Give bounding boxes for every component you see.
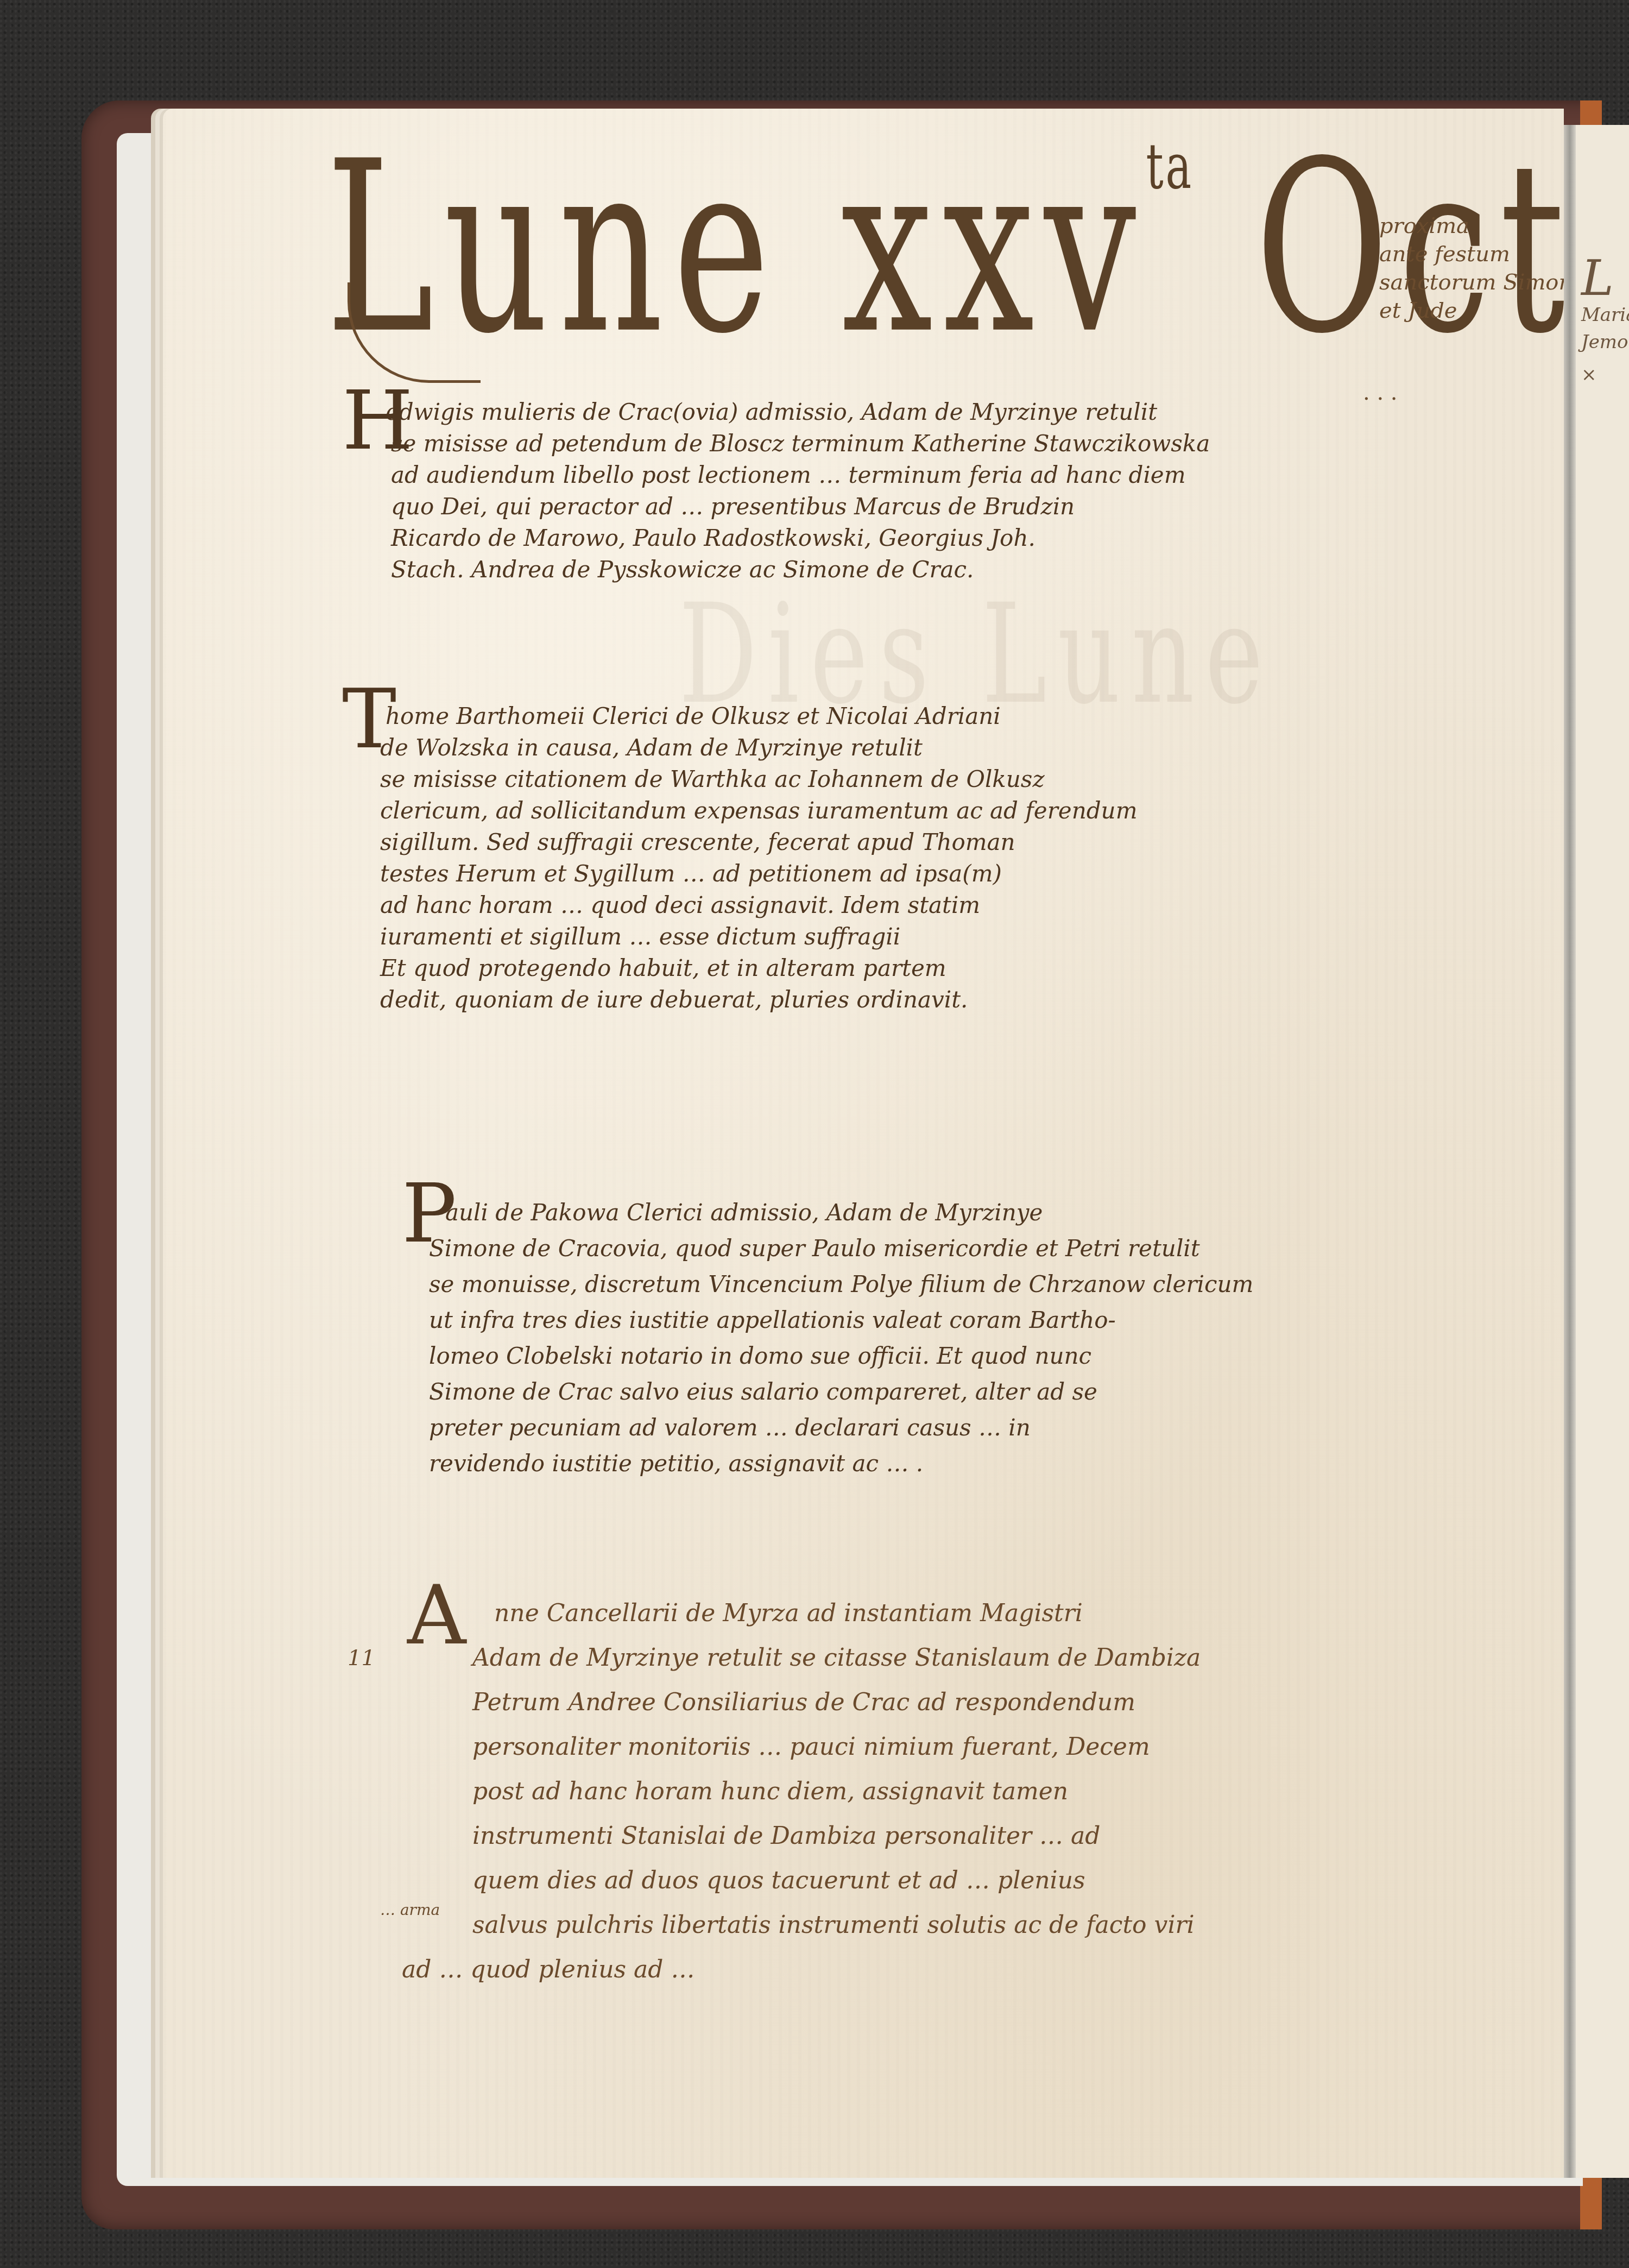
margin-note-line: sanctorum Simonis — [1379, 268, 1564, 297]
book-gutter — [1564, 125, 1576, 2178]
entry-line: testes Herum et Sygillum … ad petitionem… — [337, 858, 1455, 890]
entry-line: Et quod protegendo habuit, et in alteram… — [337, 953, 1455, 984]
entry-initial: H — [342, 380, 413, 462]
entry-line: Adam de Myrzinye retulit se citasse Stan… — [472, 1636, 1537, 1680]
entry-line: de Wolzska in causa, Adam de Myrzinye re… — [337, 732, 1455, 764]
entry-3: P auli de Pakowa Clerici admissio, Adam … — [413, 1195, 1499, 1482]
facing-fragment: Jemowsk — [1581, 331, 1629, 353]
entry-line: se misisse citationem de Warthka ac Ioha… — [337, 764, 1455, 795]
entry-line: ad audiendum libello post lectionem … te… — [348, 459, 1412, 491]
facing-fragment: L — [1581, 250, 1614, 307]
entry-line: revidendo iustitie petitio, assignavit a… — [413, 1446, 1499, 1482]
entry-line: salvus pulchris libertatis instrumenti s… — [472, 1903, 1537, 1948]
entry-line: Stach. Andrea de Pysskowicze ac Simone d… — [348, 554, 1412, 585]
entry-line: ut infra tres dies iustitie appellationi… — [413, 1302, 1499, 1338]
entry-line: home Barthomeii Clerici de Olkusz et Nic… — [337, 701, 1455, 732]
entry-initial: T — [342, 679, 396, 760]
entry-line: se misisse ad petendum de Bloscz terminu… — [348, 428, 1412, 459]
facing-fragment: Maria de — [1581, 304, 1629, 326]
entry-line: personaliter monitoriis … pauci nimium f… — [472, 1725, 1537, 1769]
facing-page-edge: L Maria de Jemowsk × — [1576, 125, 1629, 2178]
margin-annotation: … arma — [380, 1901, 440, 1919]
entry-line: instrumenti Stanislai de Dambiza persona… — [472, 1814, 1537, 1858]
entry-line: lomeo Clobelski notario in domo sue offi… — [413, 1338, 1499, 1374]
entry-line: quem dies ad duos quos tacuerunt et ad …… — [472, 1858, 1537, 1903]
margin-number: 11 — [348, 1646, 375, 1671]
margin-note-line: proxima — [1379, 212, 1564, 240]
entry-line: edwigis mulieris de Crac(ovia) admissio,… — [348, 396, 1412, 428]
entry-line: se monuisse, discretum Vincencium Polye … — [413, 1267, 1499, 1302]
entry-line: auli de Pakowa Clerici admissio, Adam de… — [413, 1195, 1499, 1231]
entry-line: Ricardo de Marowo, Paulo Radostkowski, G… — [348, 522, 1412, 554]
header-superscript: ta — [1146, 130, 1194, 203]
margin-note: proxima ante festum sanctorum Simonis et… — [1379, 212, 1564, 325]
entry-line: Petrum Andree Consiliarius de Crac ad re… — [472, 1680, 1537, 1725]
entry-line: Simone de Cracovia, quod super Paulo mis… — [413, 1231, 1499, 1267]
entry-2: T home Barthomeii Clerici de Olkusz et N… — [337, 701, 1455, 1016]
entry-line: ad hanc horam … quod deci assignavit. Id… — [337, 890, 1455, 921]
margin-note-line: ante festum — [1379, 240, 1564, 268]
entry-line: dedit, quoniam de iure debuerat, pluries… — [337, 984, 1455, 1016]
entry-initial: P — [402, 1173, 457, 1255]
entry-line: iuramenti et sigillum … esse dictum suff… — [337, 921, 1455, 953]
entry-line: post ad hanc horam hunc diem, assignavit… — [472, 1769, 1537, 1814]
entry-1: H edwigis mulieris de Crac(ovia) admissi… — [348, 396, 1412, 585]
entry-line: Simone de Crac salvo eius salario compar… — [413, 1374, 1499, 1410]
entry-line: quo Dei, qui peractor ad … presentibus M… — [348, 491, 1412, 522]
entry-line: preter pecuniam ad valorem … declarari c… — [413, 1410, 1499, 1446]
facing-fragment: × — [1581, 364, 1597, 386]
entry-4: A nne Cancellarii de Myrza ad instantiam… — [472, 1591, 1537, 1992]
margin-note-line: et Jude — [1379, 297, 1564, 325]
entry-line: nne Cancellarii de Myrza ad instantiam M… — [472, 1591, 1537, 1636]
entry-initial: A — [407, 1575, 466, 1656]
entry-line: sigillum. Sed suffragii crescente, fecer… — [337, 827, 1455, 858]
entry-line: ad … quod plenius ad … — [402, 1948, 1537, 1992]
entry-line: clericum, ad sollicitandum expensas iura… — [337, 795, 1455, 827]
